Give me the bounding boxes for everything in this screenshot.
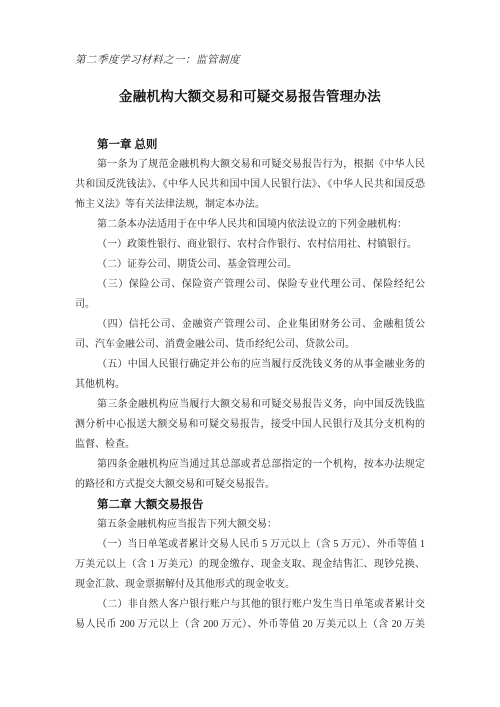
text-line: 易人民币 200 万元以上（含 200 万元）、外币等值 20 万美元以上（含 … (75, 615, 425, 635)
text-line: 第五条金融机构应当报告下列大额交易： (75, 515, 425, 535)
text-line: 第四条金融机构应当通过其总部或者总部指定的一个机构，按本办法规定 (75, 455, 425, 475)
text-line: 第三条金融机构应当履行大额交易和可疑交易报告义务，向中国反洗钱监 (75, 395, 425, 415)
document-title: 金融机构大额交易和可疑交易报告管理办法 (0, 85, 500, 105)
text-line: 怖主义法》等有关法律法规，制定本办法。 (75, 195, 425, 215)
text-line: 万美元以上（含 1 万美元）的现金缴存、现金支取、现金结售汇、现钞兑换、 (75, 555, 425, 575)
text-line: （二）证券公司、期货公司、基金管理公司。 (75, 255, 425, 275)
text-line: （二）非自然人客户银行账户与其他的银行账户发生当日单笔或者累计交 (75, 595, 425, 615)
text-line: （三）保险公司、保险资产管理公司、保险专业代理公司、保险经纪公 (75, 275, 425, 295)
text-line: 监督、检查。 (75, 435, 425, 455)
text-line: 的路径和方式提交大额交易和可疑交易报告。 (75, 475, 425, 495)
text-line: （四）信托公司、金融资产管理公司、企业集团财务公司、金融租赁公 (75, 315, 425, 335)
text-line: 测分析中心报送大额交易和可疑交易报告，接受中国人民银行及其分支机构的 (75, 415, 425, 435)
header-note: 第二季度学习材料之一：监管制度 (75, 52, 425, 67)
text-line: 第一条为了规范金融机构大额交易和可疑交易报告行为，根据《中华人民 (75, 155, 425, 175)
text-line: 共和国反洗钱法》、《中华人民共和国中国人民银行法》、《中华人民共和国反恐 (75, 175, 425, 195)
chapter-heading: 第二章 大额交易报告 (75, 495, 425, 515)
document-page: 第二季度学习材料之一：监管制度 金融机构大额交易和可疑交易报告管理办法 第一章 … (0, 0, 500, 707)
text-line: 现金汇款、现金票据解付及其他形式的现金收支。 (75, 575, 425, 595)
text-line: （一）当日单笔或者累计交易人民币 5 万元以上（含 5 万元）、外币等值 1 (75, 535, 425, 555)
text-line: （一）政策性银行、商业银行、农村合作银行、农村信用社、村镇银行。 (75, 235, 425, 255)
text-line: 司、汽车金融公司、消费金融公司、货币经纪公司、贷款公司。 (75, 335, 425, 355)
text-line: 司。 (75, 295, 425, 315)
text-line: （五）中国人民银行确定并公布的应当履行反洗钱义务的从事金融业务的 (75, 355, 425, 375)
chapter-heading: 第一章 总则 (75, 135, 425, 155)
text-line: 其他机构。 (75, 375, 425, 395)
text-line: 第二条本办法适用于在中华人民共和国境内依法设立的下列金融机构： (75, 215, 425, 235)
document-lines: 第一章 总则第一条为了规范金融机构大额交易和可疑交易报告行为，根据《中华人民共和… (75, 135, 425, 635)
